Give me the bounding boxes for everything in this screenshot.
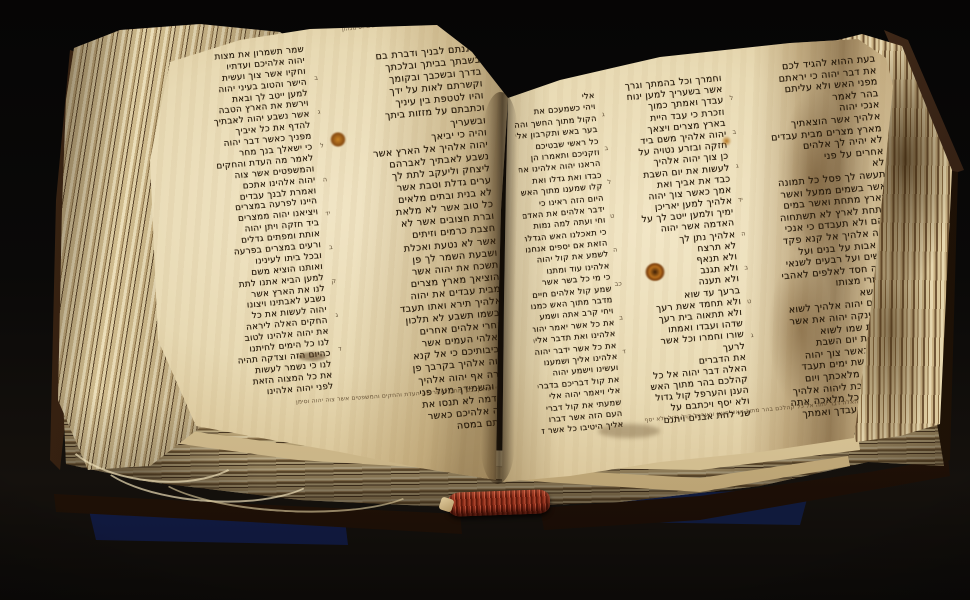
text-line: שמור את יום השבת לקדשו וכבד את אביך ואת … xyxy=(520,0,863,54)
burn-stain xyxy=(645,263,665,281)
text-line: ה xyxy=(316,162,334,197)
text-line: ק xyxy=(325,263,343,298)
wax-stain xyxy=(721,136,732,146)
text-line: ל xyxy=(313,128,331,163)
text-line: ג xyxy=(328,297,346,332)
text-line: ג xyxy=(310,94,328,129)
ink-smudge xyxy=(598,424,660,438)
photo-scene: וידבר משה אל בני ישראל ככל אשר צוה יהוה … xyxy=(0,0,970,600)
wax-stain xyxy=(330,132,346,147)
right-top-masorah: אנכי ולא יהיה לך מפי הגבורה שמענום קול ג… xyxy=(519,0,863,54)
red-endband xyxy=(448,489,551,517)
text-line: יד xyxy=(319,196,337,231)
text-line: ד xyxy=(331,331,349,366)
text-line: ב xyxy=(307,60,325,95)
left-top-masorah: וידבר משה אל בני ישראל ככל אשר צוה יהוה … xyxy=(196,0,526,52)
spine-gutter-shadow xyxy=(480,92,517,484)
text-line: אנכי ולא יהיה לך מפי הגבורה שמענום קול ג… xyxy=(519,0,862,46)
text-line: זכור ושמור בדבור אחד נאמרו ושניהם בלחות … xyxy=(197,3,526,52)
ink-smudge xyxy=(298,352,326,361)
text-line: ב xyxy=(322,230,340,265)
